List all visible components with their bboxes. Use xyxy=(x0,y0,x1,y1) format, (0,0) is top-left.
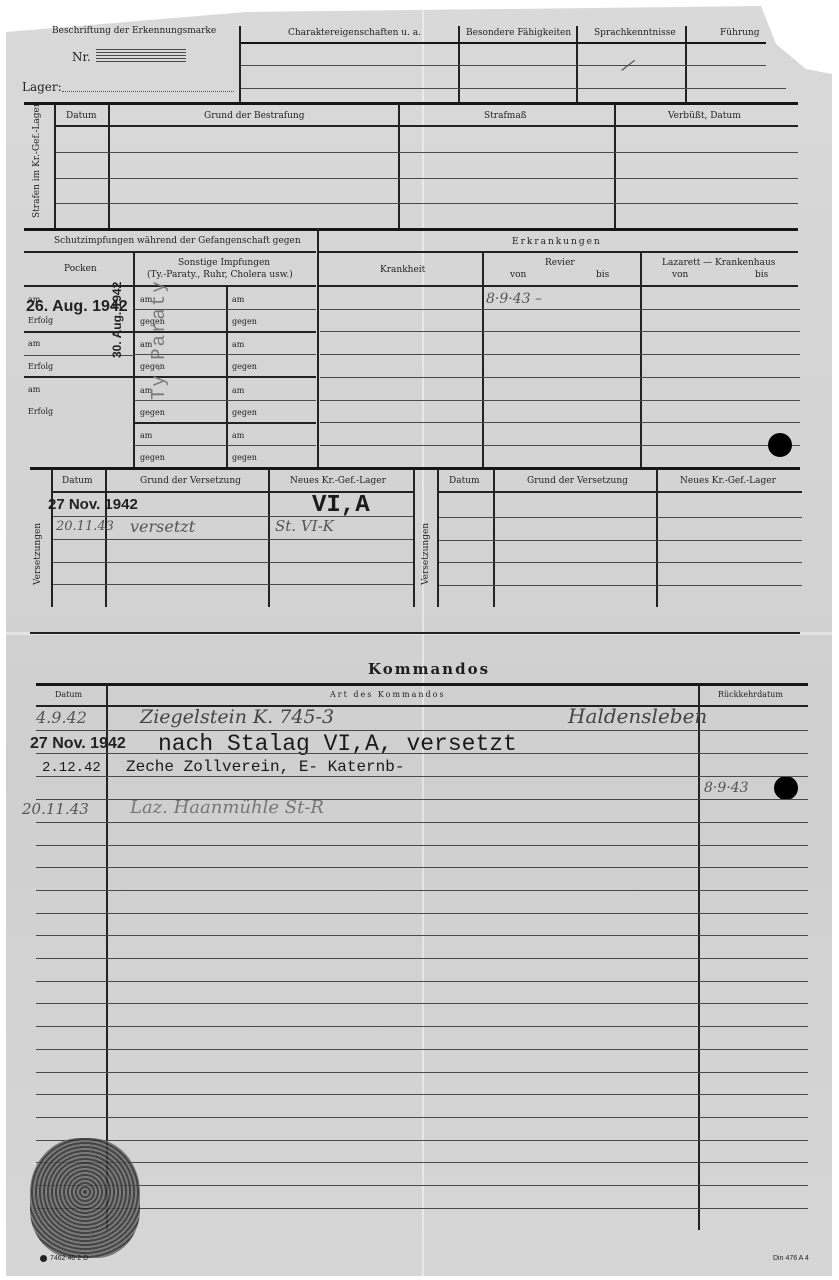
erkrankungen-col-revier: Revier xyxy=(545,258,575,268)
lazarett-bis: bis xyxy=(755,270,768,280)
strafen-side-label: Strafen im Kr.-Gef.-Lager xyxy=(32,118,42,218)
sonstige-label: Sonstige Impfungen xyxy=(178,258,270,268)
versetzung-2-lager: St. VI-K xyxy=(275,517,334,535)
fingerprint xyxy=(30,1138,140,1258)
erkrankungen-col-krankheit: Krankheit xyxy=(380,265,425,275)
strafen-col-datum: Datum xyxy=(66,111,97,121)
versetzung-1-lager: VI,A xyxy=(312,492,370,519)
col-charakter: Charaktereigenschaften u. a. xyxy=(288,28,421,38)
pocken-am-2: am xyxy=(28,339,40,348)
kommandos-title: Kommandos xyxy=(368,660,490,678)
pocken-label: Pocken xyxy=(64,264,97,274)
kommando-1-ort: Haldensleben xyxy=(568,704,707,728)
erkrankungen-title: Erkrankungen xyxy=(512,237,602,247)
strafen-col-strafmass: Strafmaß xyxy=(484,111,527,121)
impfungen-title: Schutzimpfungen während der Gefangenscha… xyxy=(54,236,301,246)
kommandos-col-datum: Datum xyxy=(55,690,82,699)
form-number: 7462 40 2 D xyxy=(50,1255,88,1262)
kommando-3-datum: 2.12.42 xyxy=(42,760,101,776)
sonstige-am-3b: am xyxy=(232,386,244,395)
erkrankungen-col-lazarett: Lazarett — Krankenhaus xyxy=(662,258,775,268)
versetzungen-right-col-datum: Datum xyxy=(449,476,480,486)
strafen-col-grund: Grund der Bestrafung xyxy=(204,111,305,121)
kommando-2-datum: 27 Nov. 1942 xyxy=(30,735,126,753)
sonstige-stamp-date: 30. Aug. 1942 xyxy=(110,282,124,358)
sonstige-am-4b: am xyxy=(232,431,244,440)
sonstige-gegen-4b: gegen xyxy=(232,453,257,462)
sonstige-gegen-1b: gegen xyxy=(232,317,257,326)
din-format: Din 476 A 4 xyxy=(773,1255,809,1262)
punch-hole-upper xyxy=(768,433,792,457)
strafen-col-verbuesst: Verbüßt, Datum xyxy=(668,111,741,121)
lager-label: Lager: xyxy=(22,80,62,94)
sonstige-am-2b: am xyxy=(232,340,244,349)
sonstige-am-1b: am xyxy=(232,295,244,304)
erkennungsmarke-label: Beschriftung der Erkennungsmarke xyxy=(52,26,216,36)
kommando-3-rueckkehr: 8·9·43 xyxy=(704,780,749,796)
versetzungen-right-col-lager: Neues Kr.-Gef.-Lager xyxy=(680,476,776,486)
versetzungen-left-col-grund: Grund der Versetzung xyxy=(140,476,241,486)
sonstige-gegen-3a: gegen xyxy=(140,408,165,417)
sonstige-gegen-3b: gegen xyxy=(232,408,257,417)
revier-bis: bis xyxy=(596,270,609,280)
kommando-1-art: Ziegelstein K. 745-3 xyxy=(140,706,334,728)
versetzungen-left-col-lager: Neues Kr.-Gef.-Lager xyxy=(290,476,386,486)
versetzung-1-datum: 27 Nov. 1942 xyxy=(48,496,138,513)
pocken-erfolg-2: Erfolg xyxy=(28,362,53,371)
col-faehigkeiten: Besondere Fähigkeiten xyxy=(466,28,571,38)
col-sprachkenntnisse: Sprachkenntnisse xyxy=(594,28,676,38)
kommando-4-datum: 20.11.43 xyxy=(22,800,89,818)
kommando-3-art: Zeche Zollverein, E- Katernb- xyxy=(126,758,404,776)
nr-label: Nr. xyxy=(72,50,91,64)
versetzung-2-grund: versetzt xyxy=(130,517,195,536)
versetzung-2-datum: 20.11.43 xyxy=(56,519,114,534)
sonstige-gegen-4a: gegen xyxy=(140,453,165,462)
kommando-1-datum: 4.9.42 xyxy=(36,708,87,727)
sonstige-gegen-2b: gegen xyxy=(232,362,257,371)
versetzungen-right-col-grund: Grund der Versetzung xyxy=(527,476,628,486)
kommandos-col-rueckkehr: Rückkehrdatum xyxy=(718,690,783,699)
versetzungen-left-col-datum: Datum xyxy=(62,476,93,486)
kommandos-col-art: Art des Kommandos xyxy=(330,690,446,699)
sonstige-stamp-type: Ty-Paraty xyxy=(148,279,170,400)
pocken-am-3: am xyxy=(28,385,40,394)
punch-hole-lower xyxy=(774,776,798,800)
versetzungen-side-label-right: Versetzungen xyxy=(421,505,431,585)
kommando-4-art: Laz. Haanmühle St-R xyxy=(130,797,324,818)
revier-von: von xyxy=(510,270,526,280)
fold-crease-vertical xyxy=(422,4,424,1276)
lazarett-von: von xyxy=(672,270,688,280)
document-sheet xyxy=(6,4,832,1276)
revier-entry: 8·9·43 – xyxy=(486,291,542,307)
pocken-erfolg-1: Erfolg xyxy=(28,316,53,325)
lager-field xyxy=(62,91,234,92)
col-fuehrung: Führung xyxy=(720,28,760,38)
pocken-erfolg-3: Erfolg xyxy=(28,407,53,416)
publisher-mark-icon xyxy=(40,1255,47,1262)
sonstige-am-4a: am xyxy=(140,431,152,440)
versetzungen-side-label-left: Versetzungen xyxy=(33,505,43,585)
